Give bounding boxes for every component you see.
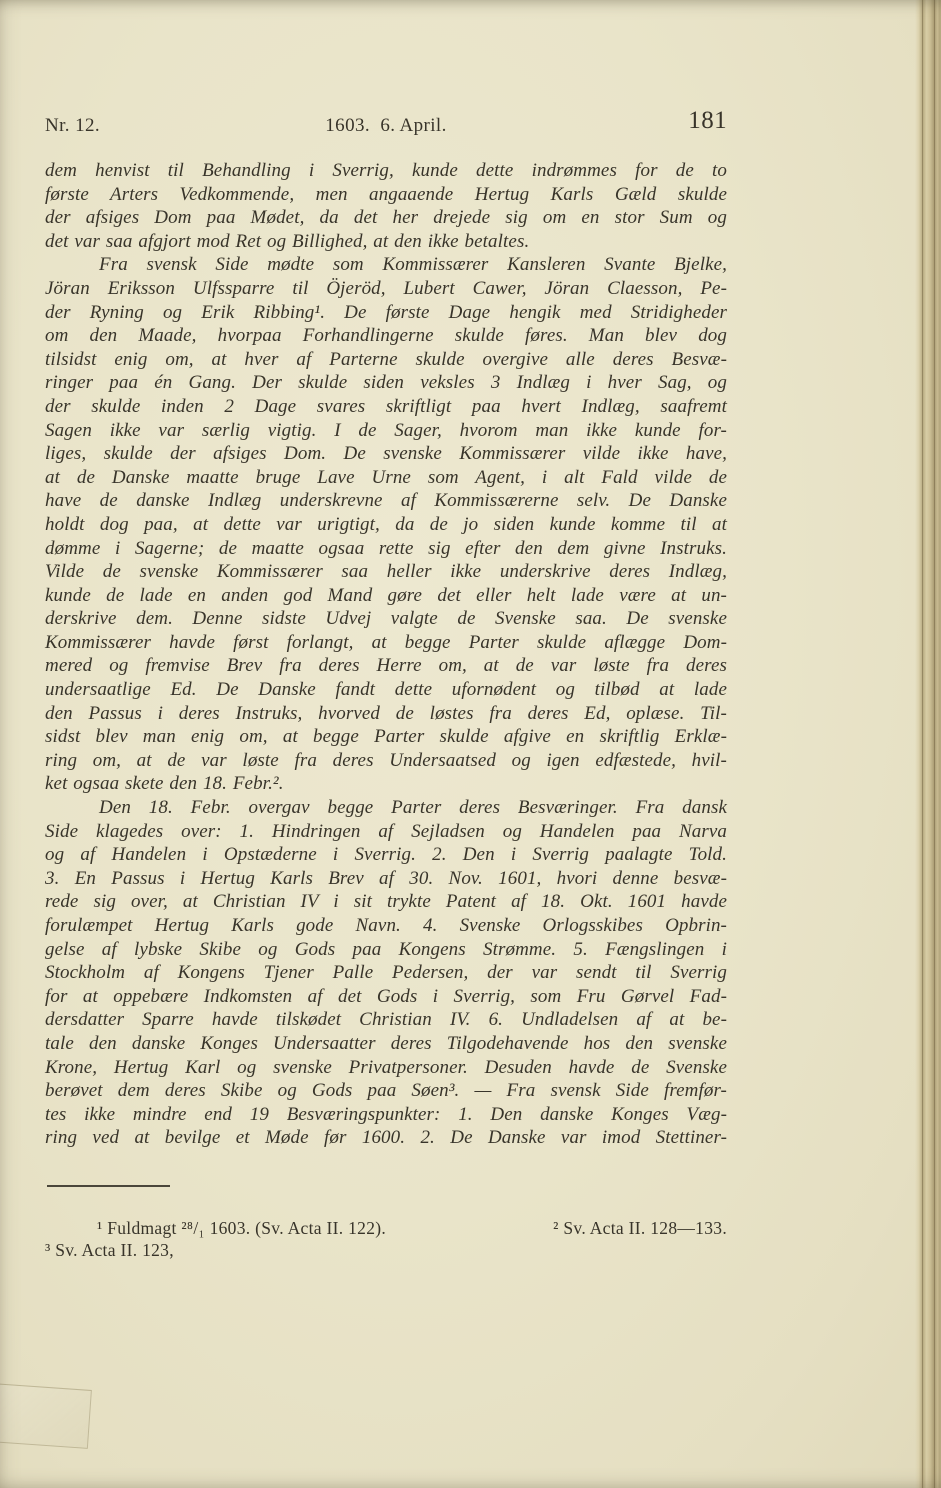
body-line: at de Danske maatte bruge Lave Urne som … [45,466,727,490]
body-line: 3. En Passus i Hertug Karls Brev af 30. … [45,867,727,891]
book-page: Nr. 12. 1603. 6. April. 181 dem henvist … [0,0,941,1488]
body-line: dømme i Sagerne; de maatte ogsaa rette s… [45,537,727,561]
body-line: tes ikke mindre end 19 Besværingspunkter… [45,1103,727,1127]
body-line: ring om, at de var løste fra deres Under… [45,749,727,773]
page-edge-shadow [915,0,941,1488]
page-edge-line [922,0,923,1488]
footnote-separator-rule [47,1185,170,1187]
body-line: om den Maade, hvorpaa Forhandlingerne sk… [45,324,727,348]
body-line: Fra svensk Side mødte som Kommissærer Ka… [45,253,727,277]
footnote-1: ¹ Fuldmagt ²⁸/₁ 1603. (Sv. Acta II. 122)… [45,1217,386,1239]
body-line: have de danske Indlæg underskrevne af Ko… [45,489,727,513]
body-line: undersaatlige Ed. De Danske fandt dette … [45,678,727,702]
body-line: Stockholm af Kongens Tjener Palle Peders… [45,961,727,985]
body-line: Krone, Hertug Karl og svenske Privatpers… [45,1056,727,1080]
embossed-stamp [0,1382,92,1449]
body-line: for at oppebære Indkomsten af det Gods i… [45,985,727,1009]
footnote-row: ¹ Fuldmagt ²⁸/₁ 1603. (Sv. Acta II. 122)… [45,1217,727,1239]
footnote-2: ² Sv. Acta II. 128—133. [553,1217,727,1239]
body-line: Jöran Eriksson Ulfssparre til Öjeröd, Lu… [45,277,727,301]
body-line: holdt dog paa, at dette var urigtigt, da… [45,513,727,537]
body-line: tilsidst enig om, at hver af Parterne sk… [45,348,727,372]
body-line: liges, skulde der afsiges Dom. De svensk… [45,442,727,466]
body-line: den Passus i deres Instruks, hvorved de … [45,702,727,726]
body-line: forulæmpet Hertug Karls gode Navn. 4. Sv… [45,914,727,938]
body-line: og af Handelen i Opstæderne i Sverrig. 2… [45,843,727,867]
body-line: ket ogsaa skete den 18. Febr.². [45,772,727,796]
body-line: Kommissærer havde først forlangt, at beg… [45,631,727,655]
body-line: ringer paa én Gang. Der skulde siden vek… [45,371,727,395]
page-edge-line [934,0,935,1488]
page-number: 181 [45,107,727,134]
body-line: ring ved at bevilge et Møde før 1600. 2.… [45,1126,727,1150]
body-line: rede sig over, at Christian IV i sit try… [45,890,727,914]
body-line: dem henvist til Behandling i Sverrig, ku… [45,159,727,183]
body-line: det var saa afgjort mod Ret og Billighed… [45,230,727,254]
body-line: mered og fremvise Brev fra deres Herre o… [45,654,727,678]
footnote-3: ³ Sv. Acta II. 123, [45,1240,174,1260]
body-line: tale den danske Konges Undersaatter dere… [45,1032,727,1056]
body-line: berøvet dem deres Skibe og Gods paa Søen… [45,1079,727,1103]
footnotes: ¹ Fuldmagt ²⁸/₁ 1603. (Sv. Acta II. 122)… [45,1217,727,1261]
body-line: der afsiges Dom paa Mødet, da det her dr… [45,206,727,230]
body-line: dersdatter Sparre havde tilskødet Christ… [45,1008,727,1032]
body-text: dem henvist til Behandling i Sverrig, ku… [45,159,727,1150]
body-line: kunde de lade en anden god Mand gøre det… [45,584,727,608]
body-line: Den 18. Febr. overgav begge Parter deres… [45,796,727,820]
body-line: derskrive dem. Denne sidste Udvej valgte… [45,607,727,631]
body-line: der skulde inden 2 Dage svares skriftlig… [45,395,727,419]
body-line: Vilde de svenske Kommissærer saa heller … [45,560,727,584]
body-line: der Ryning og Erik Ribbing¹. De første D… [45,301,727,325]
body-line: Side klagedes over: 1. Hindringen af Sej… [45,820,727,844]
body-line: Sagen ikke var særlig vigtig. I de Sager… [45,419,727,443]
body-line: første Arters Vedkommende, men angaaende… [45,183,727,207]
body-line: sidst blev man enig om, at begge Parter … [45,725,727,749]
body-line: gelse af lybske Skibe og Gods paa Kongen… [45,938,727,962]
